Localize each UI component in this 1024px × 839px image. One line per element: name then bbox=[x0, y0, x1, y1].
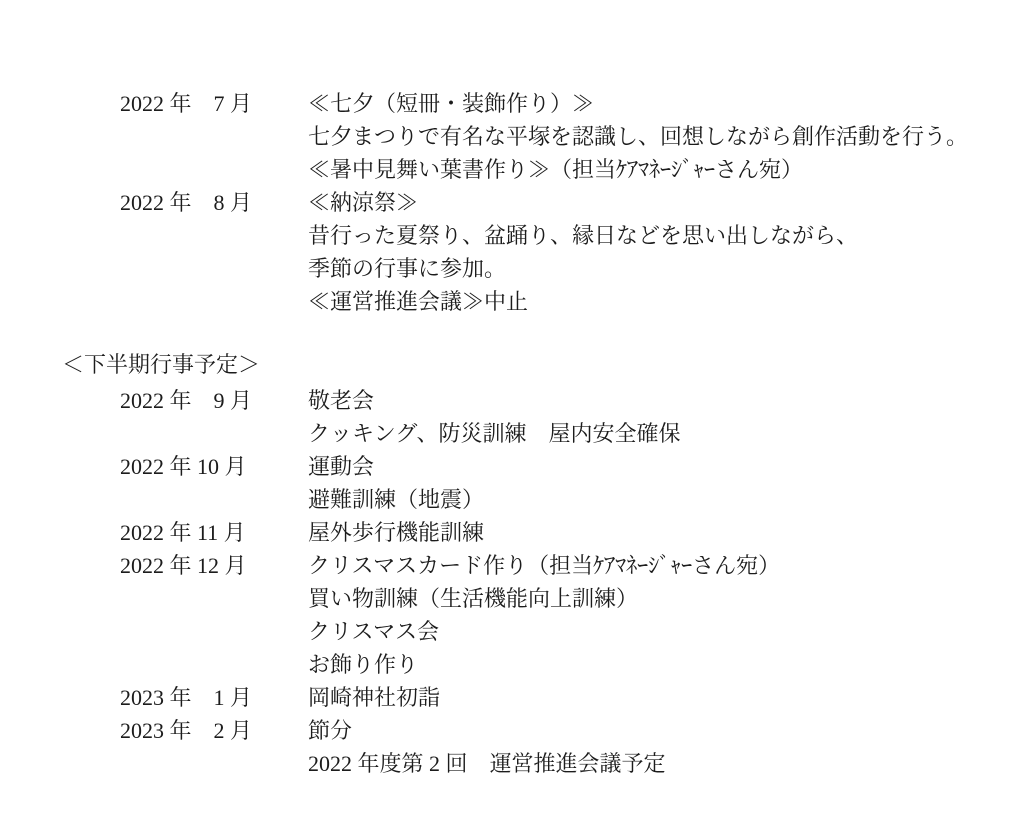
schedule-entry-2023-02: 2023 年 2 月 節分 2022 年度第 2 回 運営推進会議予定 bbox=[62, 714, 1004, 780]
entry-line: 季節の行事に参加。 bbox=[308, 252, 1004, 285]
entry-line: お飾り作り bbox=[308, 648, 1004, 681]
second-half-heading: ＜下半期行事予定＞ bbox=[62, 348, 1004, 381]
entry-content: ≪七夕（短冊・装飾作り）≫ 七夕まつりで有名な平塚を認識し、回想しながら創作活動… bbox=[308, 87, 1004, 186]
entry-content: 屋外歩行機能訓練 bbox=[308, 516, 1004, 549]
entry-date: 2022 年 12 月 bbox=[120, 549, 308, 582]
entry-line: 屋外歩行機能訓練 bbox=[308, 516, 1004, 549]
entry-line: 昔行った夏祭り、盆踊り、縁日などを思い出しながら、 bbox=[308, 219, 1004, 252]
entry-content: 敬老会 クッキング、防災訓練 屋内安全確保 bbox=[308, 384, 1004, 450]
entry-content: クリスマスカード作り（担当ｹｱﾏﾈｰｼﾞｬｰさん宛） 買い物訓練（生活機能向上訓… bbox=[308, 549, 1004, 681]
schedule-entry-2022-12: 2022 年 12 月 クリスマスカード作り（担当ｹｱﾏﾈｰｼﾞｬｰさん宛） 買… bbox=[62, 549, 1004, 681]
schedule-entry-2022-07: 2022 年 7 月 ≪七夕（短冊・装飾作り）≫ 七夕まつりで有名な平塚を認識し… bbox=[62, 87, 1004, 186]
entry-content: 運動会 避難訓練（地震） bbox=[308, 450, 1004, 516]
entry-line: 七夕まつりで有名な平塚を認識し、回想しながら創作活動を行う。 bbox=[308, 120, 1004, 153]
entry-date: 2022 年 8 月 bbox=[120, 186, 308, 219]
entry-line: 節分 bbox=[308, 714, 1004, 747]
entry-line: 運動会 bbox=[308, 450, 1004, 483]
schedule-entry-2022-09: 2022 年 9 月 敬老会 クッキング、防災訓練 屋内安全確保 bbox=[62, 384, 1004, 450]
entry-line: ≪運営推進会議≫中止 bbox=[308, 285, 1004, 318]
entry-line: クリスマス会 bbox=[308, 615, 1004, 648]
entry-line: 避難訓練（地震） bbox=[308, 483, 1004, 516]
entry-date: 2022 年 10 月 bbox=[120, 450, 308, 483]
schedule-entry-2022-11: 2022 年 11 月 屋外歩行機能訓練 bbox=[62, 516, 1004, 549]
entry-date: 2022 年 9 月 bbox=[120, 384, 308, 417]
entry-line: 買い物訓練（生活機能向上訓練） bbox=[308, 582, 1004, 615]
entry-line: クリスマスカード作り（担当ｹｱﾏﾈｰｼﾞｬｰさん宛） bbox=[308, 549, 1004, 582]
entry-line: 2022 年度第 2 回 運営推進会議予定 bbox=[308, 747, 1004, 780]
schedule-entry-2023-01: 2023 年 1 月 岡崎神社初詣 bbox=[62, 681, 1004, 714]
entry-line: 敬老会 bbox=[308, 384, 1004, 417]
first-half-section: 2022 年 7 月 ≪七夕（短冊・装飾作り）≫ 七夕まつりで有名な平塚を認識し… bbox=[62, 87, 1004, 318]
schedule-entry-2022-10: 2022 年 10 月 運動会 避難訓練（地震） bbox=[62, 450, 1004, 516]
entry-line: ≪七夕（短冊・装飾作り）≫ bbox=[308, 87, 1004, 120]
second-half-section: 2022 年 9 月 敬老会 クッキング、防災訓練 屋内安全確保 2022 年 … bbox=[62, 384, 1004, 780]
entry-content: 節分 2022 年度第 2 回 運営推進会議予定 bbox=[308, 714, 1004, 780]
entry-line: クッキング、防災訓練 屋内安全確保 bbox=[308, 417, 1004, 450]
schedule-entry-2022-08: 2022 年 8 月 ≪納涼祭≫ 昔行った夏祭り、盆踊り、縁日などを思い出しなが… bbox=[62, 186, 1004, 318]
entry-content: ≪納涼祭≫ 昔行った夏祭り、盆踊り、縁日などを思い出しながら、 季節の行事に参加… bbox=[308, 186, 1004, 318]
entry-date: 2022 年 11 月 bbox=[120, 516, 308, 549]
entry-line: ≪暑中見舞い葉書作り≫（担当ｹｱﾏﾈｰｼﾞｬｰさん宛） bbox=[308, 153, 1004, 186]
entry-line: 岡崎神社初詣 bbox=[308, 681, 1004, 714]
entry-line: ≪納涼祭≫ bbox=[308, 186, 1004, 219]
entry-date: 2023 年 1 月 bbox=[120, 681, 308, 714]
entry-content: 岡崎神社初詣 bbox=[308, 681, 1004, 714]
event-schedule-document: 2022 年 7 月 ≪七夕（短冊・装飾作り）≫ 七夕まつりで有名な平塚を認識し… bbox=[0, 0, 1024, 839]
entry-date: 2022 年 7 月 bbox=[120, 87, 308, 120]
entry-date: 2023 年 2 月 bbox=[120, 714, 308, 747]
